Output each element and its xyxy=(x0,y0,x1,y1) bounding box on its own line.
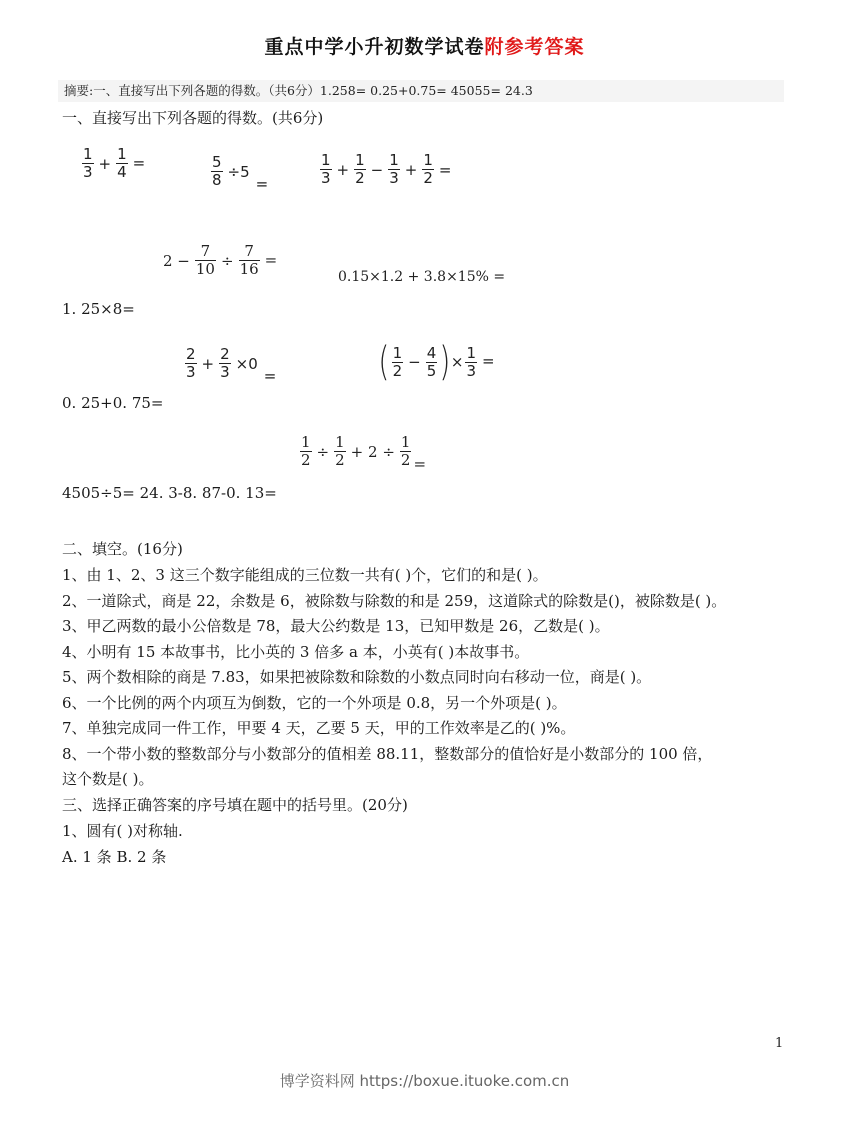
fill-item-8-cont: 这个数是( )。 xyxy=(62,768,153,789)
expr-10: 12 ÷ 12 + 2 ÷ 12 = xyxy=(298,434,426,469)
expr-1: 13 + 14 = xyxy=(80,146,148,181)
expr-6: 1. 25×8= xyxy=(62,300,135,318)
page-number: 1 xyxy=(775,1036,783,1051)
fill-item-2: 2、一道除式，商是 22，余数是 6，被除数与除数的和是 259，这道除式的除数… xyxy=(62,590,726,611)
summary-bar: 摘要:一、直接写出下列各题的得数。（共6分）1.258= 0.25+0.75= … xyxy=(58,80,784,102)
fill-item-1: 1、由 1、2、3 这三个数字能组成的三位数一共有( )个，它们的和是( )。 xyxy=(62,564,548,585)
section3-heading: 三、选择正确答案的序号填在题中的括号里。(20分) xyxy=(62,794,408,815)
fill-item-5: 5、两个数相除的商是 7.83，如果把被除数和除数的小数点同时向右移动一位，商是… xyxy=(62,666,651,687)
title-answer-suffix: 附参考答案 xyxy=(485,36,585,58)
expr-3: 13 + 12 − 13 + 12 = xyxy=(318,152,455,187)
choice-q1: 1、圆有( )对称轴. xyxy=(62,820,183,841)
footer-watermark: 博学资料网 https://boxue.ituoke.com.cn xyxy=(0,1070,849,1091)
expr-4: 2 − 710 ÷ 716 = xyxy=(160,243,280,278)
title-main: 重点中学小升初数学试卷 xyxy=(264,36,484,58)
fill-item-3: 3、甲乙两数的最小公倍数是 78，最大公约数是 13，已知甲数是 26，乙数是(… xyxy=(62,615,610,636)
fill-item-8: 8、一个带小数的整数部分与小数部分的值相差 88.11，整数部分的值恰好是小数部… xyxy=(62,743,712,764)
expr-11: 4505÷5= 24. 3-8. 87-0. 13= xyxy=(62,484,277,502)
expr-2: 58 ÷5 = xyxy=(209,154,268,189)
expr-5: 0.15×1.2 + 3.8×15% = xyxy=(338,269,505,285)
section2-heading: 二、填空。(16分) xyxy=(62,538,183,559)
document-title: 重点中学小升初数学试卷附参考答案 xyxy=(0,32,849,59)
expr-9: 0. 25+0. 75= xyxy=(62,394,163,412)
expr-7: 23 + 23 ×0 = xyxy=(183,346,276,381)
fill-item-7: 7、单独完成同一件工作，甲要 4 天，乙要 5 天，甲的工作效率是乙的( )%。 xyxy=(62,717,575,738)
fill-item-6: 6、一个比例的两个内项互为倒数，它的一个外项是 0.8，另一个外项是( )。 xyxy=(62,692,567,713)
expr-8: ( 12 − 45 ) × 13 = xyxy=(378,342,498,382)
choice-q1-options: A. 1 条 B. 2 条 xyxy=(62,846,166,867)
fill-item-4: 4、小明有 15 本故事书，比小英的 3 倍多 a 本，小英有( )本故事书。 xyxy=(62,641,529,662)
section1-heading: 一、直接写出下列各题的得数。(共6分) xyxy=(62,107,323,128)
